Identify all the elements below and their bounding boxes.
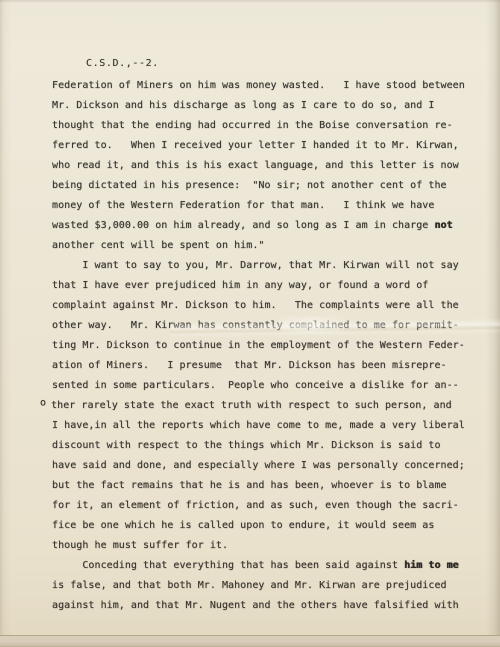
text-line: complaint against Mr. Dickson to him. Th…: [52, 296, 482, 316]
text-line: discount with respect to the things whic…: [52, 436, 482, 456]
overstruck-bold-text: him to me: [404, 560, 459, 571]
text-line: fice be one which he is called upon to e…: [52, 516, 482, 536]
text-line: I want to say to you, Mr. Darrow, that M…: [52, 256, 482, 276]
text-line: is false, and that both Mr. Mahoney and …: [52, 576, 482, 596]
misaligned-typewriter-char: o: [40, 394, 46, 414]
text-line: sented in some particulars. People who c…: [52, 376, 482, 396]
text-line: another cent will be spent on him.": [52, 236, 482, 256]
text-line: money of the Western Federation for that…: [52, 196, 482, 216]
text-line: but the fact remains that he is and has …: [52, 476, 482, 496]
text-line: Federation of Miners on him was money wa…: [52, 76, 482, 96]
text-line: though he must suffer for it.: [52, 536, 482, 556]
letter-body: Federation of Miners on him was money wa…: [52, 76, 482, 616]
overstruck-bold-text: not: [434, 220, 452, 231]
text-line: being dictated in his presence: "No sir;…: [52, 176, 482, 196]
text-line: Conceding that everything that has been …: [52, 556, 482, 576]
text-line: ferred to. When I received your letter I…: [52, 136, 482, 156]
text-line: thought that the ending had occurred in …: [52, 116, 482, 136]
text-line: wasted $3,000.00 on him already, and so …: [52, 216, 482, 236]
letter-text-block: Federation of Miners on him was money wa…: [52, 0, 482, 60]
text-line: against him, and that Mr. Nugent and the…: [52, 596, 482, 616]
letter-page: C.S.D.,--2. Federation of Miners on him …: [0, 0, 500, 647]
text-line: Mr. Dickson and his discharge as long as…: [52, 96, 482, 116]
text-line: other way. Mr. Kirwan has constantly com…: [52, 316, 482, 336]
text-line: ting Mr. Dickson to continue in the empl…: [52, 336, 482, 356]
text-line: that I have ever prejudiced him in any w…: [52, 276, 482, 296]
text-line: I have,in all the reports which have com…: [52, 416, 482, 436]
text-line: for it, an element of friction, and as s…: [52, 496, 482, 516]
paper-bottom-edge: [0, 635, 500, 647]
text-line: who read it, and this is his exact langu…: [52, 156, 482, 176]
text-line: other rarely state the exact truth with …: [52, 396, 482, 416]
text-line: ation of Miners. I presume that Mr. Dick…: [52, 356, 482, 376]
text-line: have said and done, and especially where…: [52, 456, 482, 476]
